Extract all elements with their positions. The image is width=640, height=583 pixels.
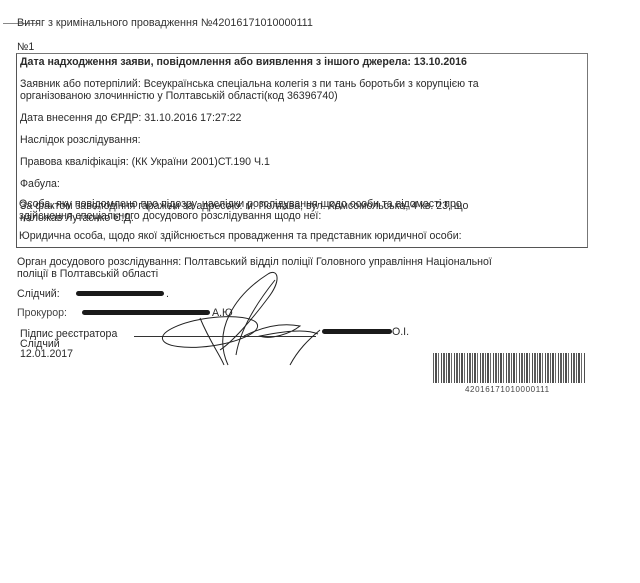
- legal-qualification: Правова кваліфікація: (КК України 2001)С…: [20, 156, 270, 168]
- investigation-body-line-1: Орган досудового розслідування: Полтавсь…: [17, 256, 492, 268]
- investigation-body-line-2: поліції в Полтавській області: [17, 268, 158, 280]
- registrar-initials: О.І.: [392, 326, 409, 338]
- prosecutor-label: Прокурор:: [17, 307, 67, 319]
- plot-label: Фабула:: [20, 178, 60, 190]
- handwritten-signature-icon: [140, 270, 340, 370]
- legal-entity-line: Юридична особа, щодо якої здійснюється п…: [19, 230, 462, 242]
- suspect-line-1: Особа, яку повідомлено про підозру, насл…: [19, 198, 462, 210]
- suspect-line-2: здійснення спеціального досудового розсл…: [19, 210, 321, 222]
- erdr-entry-date: Дата внесення до ЄРДР: 31.10.2016 17:27:…: [20, 112, 241, 124]
- investigation-result: Наслідок розслідування:: [20, 134, 141, 146]
- barcode-number: 42016171010000111: [465, 384, 550, 396]
- receipt-date: Дата надходження заяви, повідомлення або…: [20, 56, 467, 68]
- applicant-line-2: організованою злочинністю у Полтавській …: [20, 90, 338, 102]
- investigator-label: Слідчий:: [17, 288, 60, 300]
- document-header: Витяг з кримінального провадження №42016…: [17, 17, 313, 29]
- applicant-line-1: Заявник або потерпілий: Всеукраїнська сп…: [20, 78, 479, 90]
- record-number: №1: [17, 41, 34, 53]
- document-date: 12.01.2017: [20, 348, 73, 360]
- barcode: [433, 353, 586, 383]
